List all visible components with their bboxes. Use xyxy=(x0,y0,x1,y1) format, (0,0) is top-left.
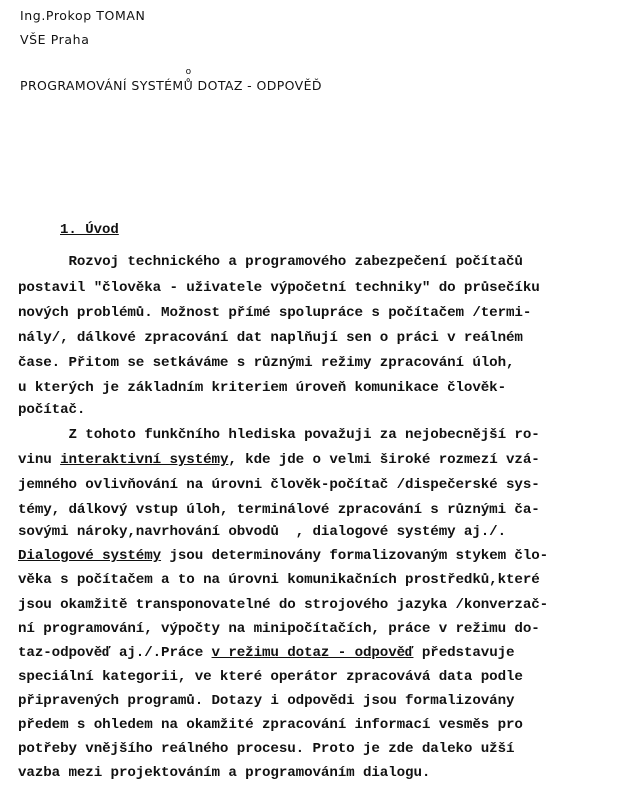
text-span: taz-odpověď aj./.Práce xyxy=(18,645,212,661)
text-line: vinu interaktivní systémy, kde jde o vel… xyxy=(18,452,540,468)
text-line: taz-odpověď aj./.Práce v režimu dotaz - … xyxy=(18,645,514,661)
text-line: Dialogové systémy jsou determinovány for… xyxy=(18,548,548,564)
underlined-term: Dialogové systémy xyxy=(18,548,161,564)
text-line: vazba mezi projektováním a programováním… xyxy=(18,765,430,781)
text-line: postavil "člověka - uživatele výpočetní … xyxy=(18,280,540,296)
text-line: sovými nároky,navrhování obvodů , dialog… xyxy=(18,524,506,540)
text-span: představuje xyxy=(413,645,514,661)
title-part: PROGRAMOVÁNÍ SYSTÉM xyxy=(20,78,184,93)
text-line: speciální kategorii, ve které operátor z… xyxy=(18,669,523,685)
text-line: předem s ohledem na okamžité zpracování … xyxy=(18,717,523,733)
text-line: Rozvoj technického a programového zabezp… xyxy=(18,254,523,270)
text-span: jsou determinovány formalizovaným stykem… xyxy=(161,548,548,564)
title-part: DOTAZ - ODPOVĚĎ xyxy=(193,78,322,93)
author-name: Ing.Prokop TOMAN xyxy=(20,8,145,23)
author-institution: VŠE Praha xyxy=(20,32,89,47)
text-line: u kterých je základním kriteriem úroveň … xyxy=(18,380,506,396)
underlined-term: interaktivní systémy xyxy=(60,452,228,468)
text-line: ní programování, výpočty na minipočítačí… xyxy=(18,621,540,637)
text-line: témy, dálkový vstup úloh, terminálové zp… xyxy=(18,502,540,518)
text-line: potřeby vnějšího reálného procesu. Proto… xyxy=(18,741,514,757)
text-line: nály/, dálkové zpracování dat naplňují s… xyxy=(18,330,523,346)
text-line: věka s počítačem a to na úrovni komunika… xyxy=(18,572,540,588)
underlined-term: v režimu dotaz - odpověď xyxy=(212,645,414,661)
text-line: jemného ovlivňování na úrovni člověk-poč… xyxy=(18,477,540,493)
title-ring-char: Ů xyxy=(184,78,194,93)
text-span: vinu xyxy=(18,452,60,468)
text-line: připravených programů. Dotazy i odpovědi… xyxy=(18,693,514,709)
text-line: čase. Přitom se setkáváme s různými reži… xyxy=(18,355,514,371)
text-line: Z tohoto funkčního hlediska považuji za … xyxy=(18,427,540,443)
text-span: , kde jde o velmi široké rozmezí vzá- xyxy=(228,452,539,468)
text-line: jsou okamžitě transponovatelné do strojo… xyxy=(18,597,548,613)
section-heading: 1. Úvod xyxy=(60,222,119,238)
text-line: počítač. xyxy=(18,402,85,418)
document-title: PROGRAMOVÁNÍ SYSTÉMŮ DOTAZ - ODPOVĚĎ xyxy=(20,78,322,93)
text-line: nových problémů. Možnost přímé spoluprác… xyxy=(18,305,531,321)
